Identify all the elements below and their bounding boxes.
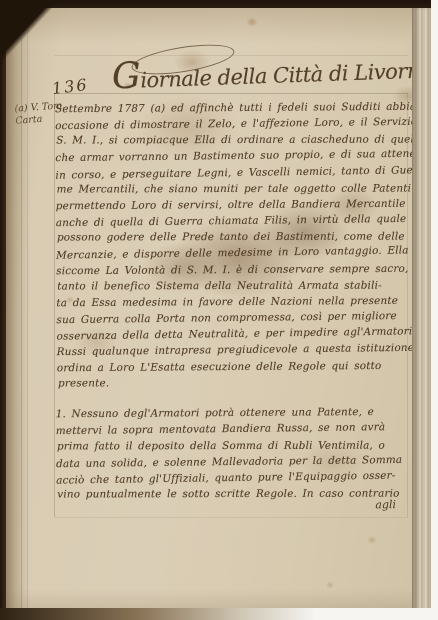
book-fore-edge — [412, 7, 431, 613]
page-bottom-edge — [0, 608, 438, 620]
manuscript-scan: 136 Giornale della Città di Livorno (a) … — [0, 0, 438, 620]
binding-gutter — [6, 7, 22, 613]
binding-edge-left — [0, 0, 6, 620]
body-text-paragraph-2: 1. Nessuno degl'Armatori potrà ottenere … — [56, 404, 411, 504]
body-text-paragraph-1: Settembre 1787 (a) ed affinchè tutti i f… — [55, 99, 411, 392]
manuscript-text-line: ordina a Loro L'Esatta esecuzione delle … — [57, 357, 411, 376]
manuscript-text-line: siccome La Volontà di S. M. I. è di cons… — [56, 260, 410, 279]
manuscript-text-line: presente. — [58, 374, 412, 391]
binding-corner — [0, 0, 58, 60]
manuscript-text-line: tanto il benefico Sistema della Neutrali… — [57, 277, 411, 294]
manuscript-text-line: me Mercantili, che siano muniti per tale… — [57, 180, 411, 197]
scan-border — [431, 0, 438, 620]
manuscript-text-line: mettervi la sopra mentovata Bandiera Rus… — [56, 419, 410, 440]
binding-edge-top — [0, 0, 431, 8]
